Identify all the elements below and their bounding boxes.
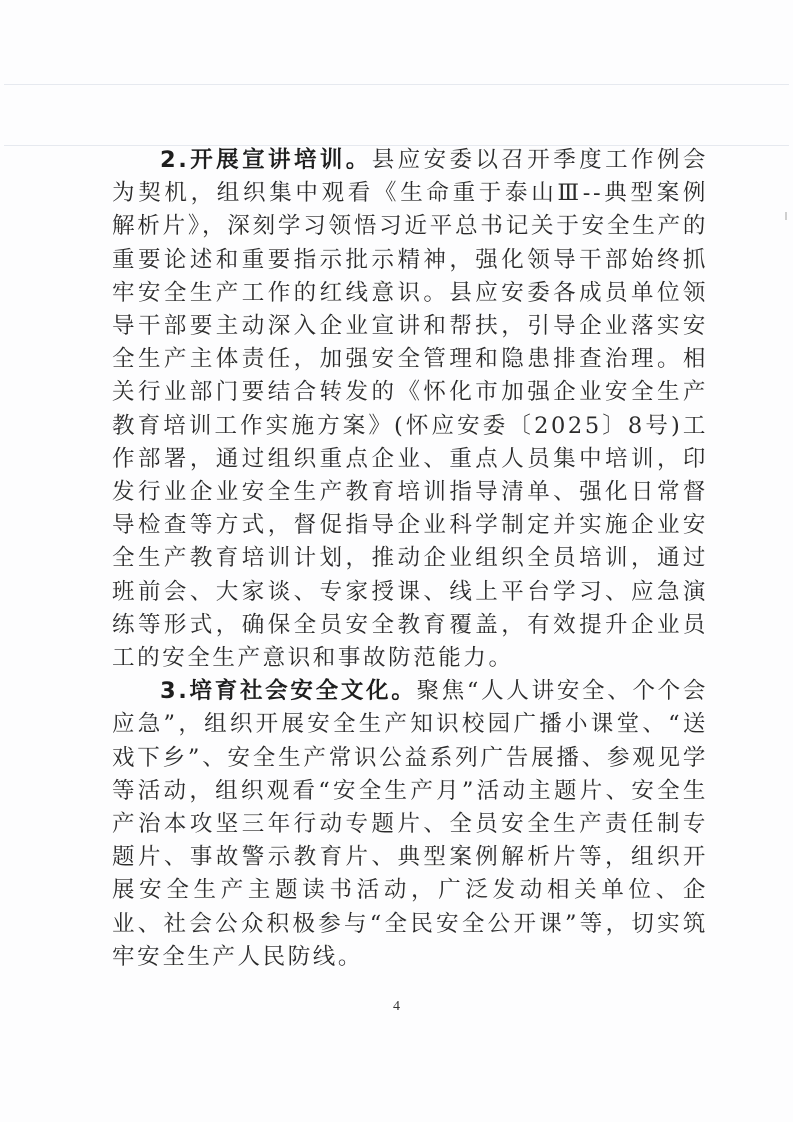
scan-edge-mark — [785, 212, 787, 220]
document-page: 2.开展宣讲培训。县应安委以召开季度工作例会为契机，组织集中观看《生命重于泰山Ⅲ… — [112, 144, 708, 974]
scan-artifact-line — [4, 84, 789, 85]
section-paragraph-training: 2.开展宣讲培训。县应安委以召开季度工作例会为契机，组织集中观看《生命重于泰山Ⅲ… — [112, 144, 708, 675]
section-body: 县应安委以召开季度工作例会为契机，组织集中观看《生命重于泰山Ⅲ--典型案例解析片… — [112, 147, 708, 671]
section-heading: 2.开展宣讲培训。 — [160, 147, 372, 173]
section-paragraph-safety-culture: 3.培育社会安全文化。聚焦“人人讲安全、个个会应急”，组织开展安全生产知识校园广… — [112, 675, 708, 974]
section-body: 聚焦“人人讲安全、个个会应急”，组织开展安全生产知识校园广播小课堂、“送戏下乡”… — [112, 678, 708, 970]
section-heading: 3.培育社会安全文化。 — [160, 678, 417, 704]
page-number: 4 — [0, 999, 793, 1015]
